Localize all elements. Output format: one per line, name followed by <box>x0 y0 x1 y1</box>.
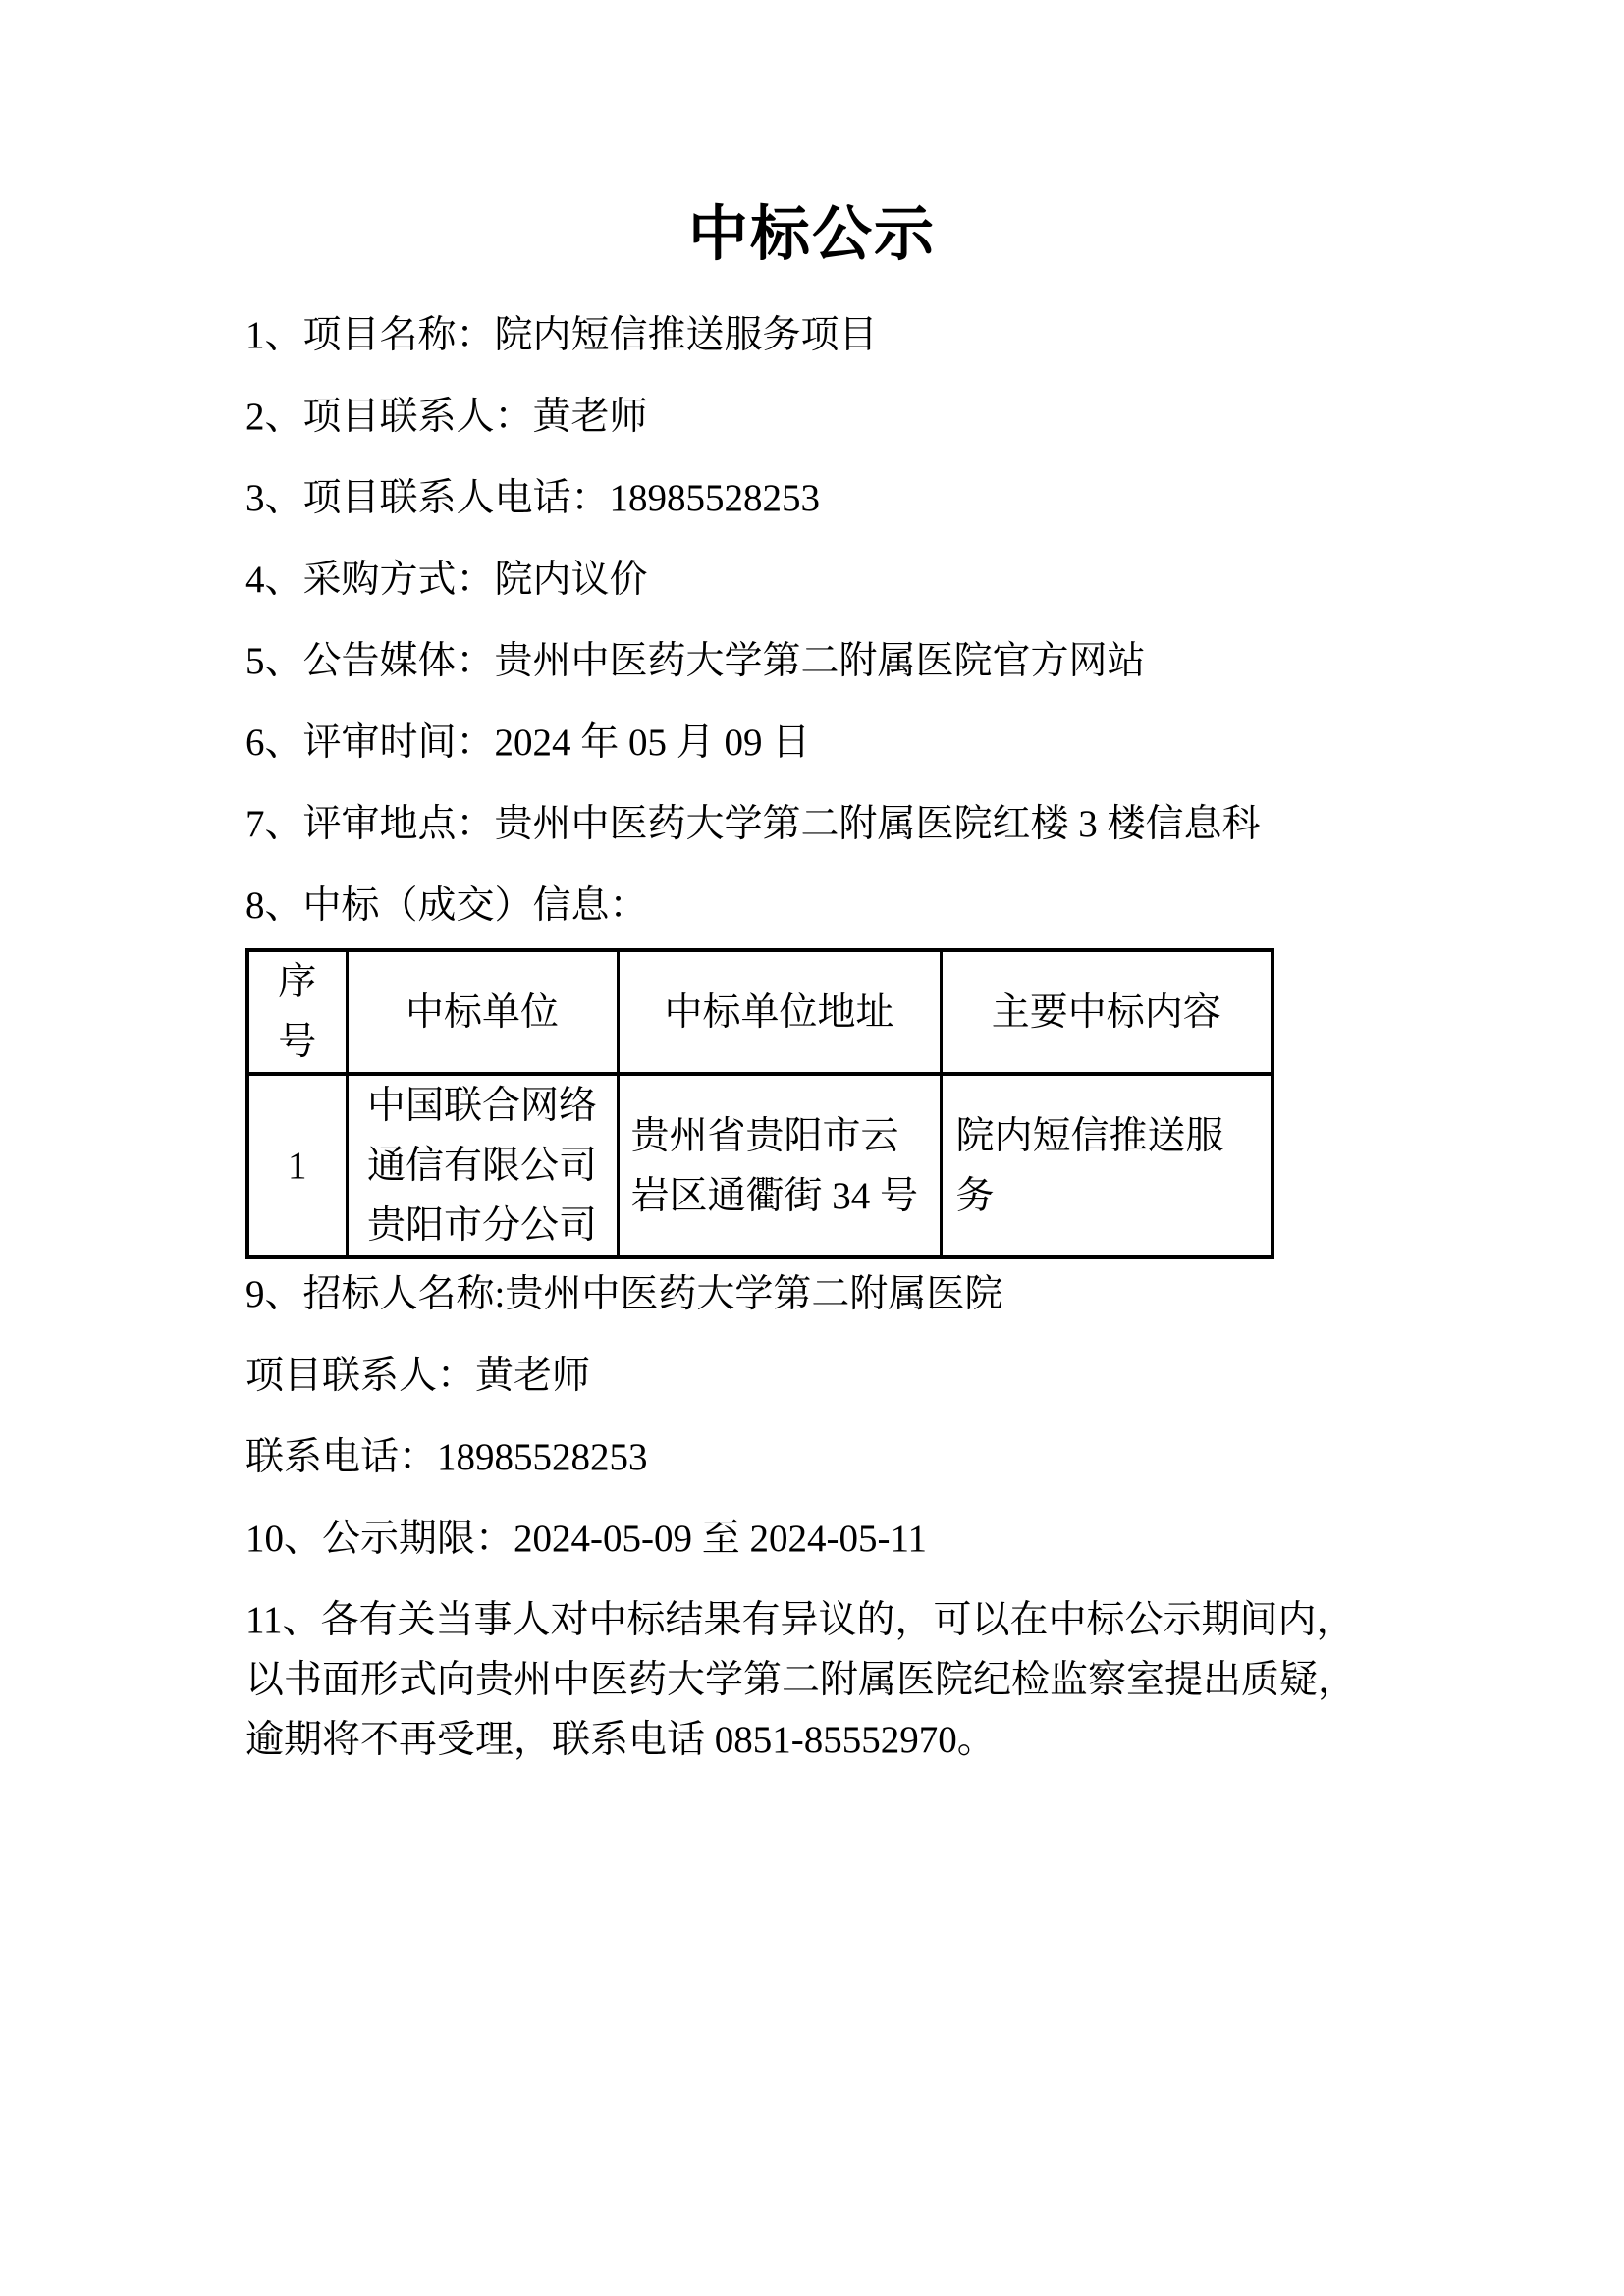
header-seq: 序号 <box>247 950 347 1074</box>
paragraph-objection-notice: 11、各有关当事人对中标结果有异议的，可以在中标公示期间内，以书面形式向贵州中医… <box>245 1590 1379 1770</box>
paragraph-procurement-method: 4、采购方式：院内议价 <box>245 550 1379 610</box>
table-row: 1 中国联合网络通信有限公司贵阳市分公司 贵州省贵阳市云岩区通衢街 34 号 院… <box>247 1074 1272 1257</box>
cell-seq: 1 <box>247 1074 347 1257</box>
header-main-content: 主要中标内容 <box>941 950 1272 1074</box>
paragraph-project-contact: 2、项目联系人：黄老师 <box>245 387 1379 447</box>
award-table: 序号 中标单位 中标单位地址 主要中标内容 1 中国联合网络通信有限公司贵阳市分… <box>245 948 1274 1259</box>
page-title: 中标公示 <box>245 201 1379 270</box>
paragraph-award-info-label: 8、中标（成交）信息： <box>245 876 1379 935</box>
paragraph-tenderer-name: 9、招标人名称:贵州中医药大学第二附属医院 <box>245 1264 1379 1324</box>
cell-main-content: 院内短信推送服务 <box>941 1074 1272 1257</box>
paragraph-announcement-media: 5、公告媒体：贵州中医药大学第二附属医院官方网站 <box>245 631 1379 691</box>
paragraph-publicity-period: 10、公示期限：2024-05-09 至 2024-05-11 <box>245 1509 1379 1569</box>
cell-winner-address: 贵州省贵阳市云岩区通衢街 34 号 <box>618 1074 941 1257</box>
paragraph-review-location: 7、评审地点：贵州中医药大学第二附属医院红楼 3 楼信息科 <box>245 794 1379 854</box>
award-table-header-row: 序号 中标单位 中标单位地址 主要中标内容 <box>247 950 1272 1074</box>
paragraph-project-name: 1、项目名称：院内短信推送服务项目 <box>245 305 1379 365</box>
document-page: 中标公示 1、项目名称：院内短信推送服务项目 2、项目联系人：黄老师 3、项目联… <box>0 0 1624 2296</box>
header-winner: 中标单位 <box>347 950 618 1074</box>
paragraph-review-time: 6、评审时间：2024 年 05 月 09 日 <box>245 713 1379 773</box>
cell-winner: 中国联合网络通信有限公司贵阳市分公司 <box>347 1074 618 1257</box>
paragraph-contact-phone: 联系电话：18985528253 <box>245 1427 1379 1487</box>
header-winner-address: 中标单位地址 <box>618 950 941 1074</box>
paragraph-project-contact-phone: 3、项目联系人电话：18985528253 <box>245 468 1379 528</box>
paragraph-contact-person: 项目联系人：黄老师 <box>245 1346 1379 1406</box>
